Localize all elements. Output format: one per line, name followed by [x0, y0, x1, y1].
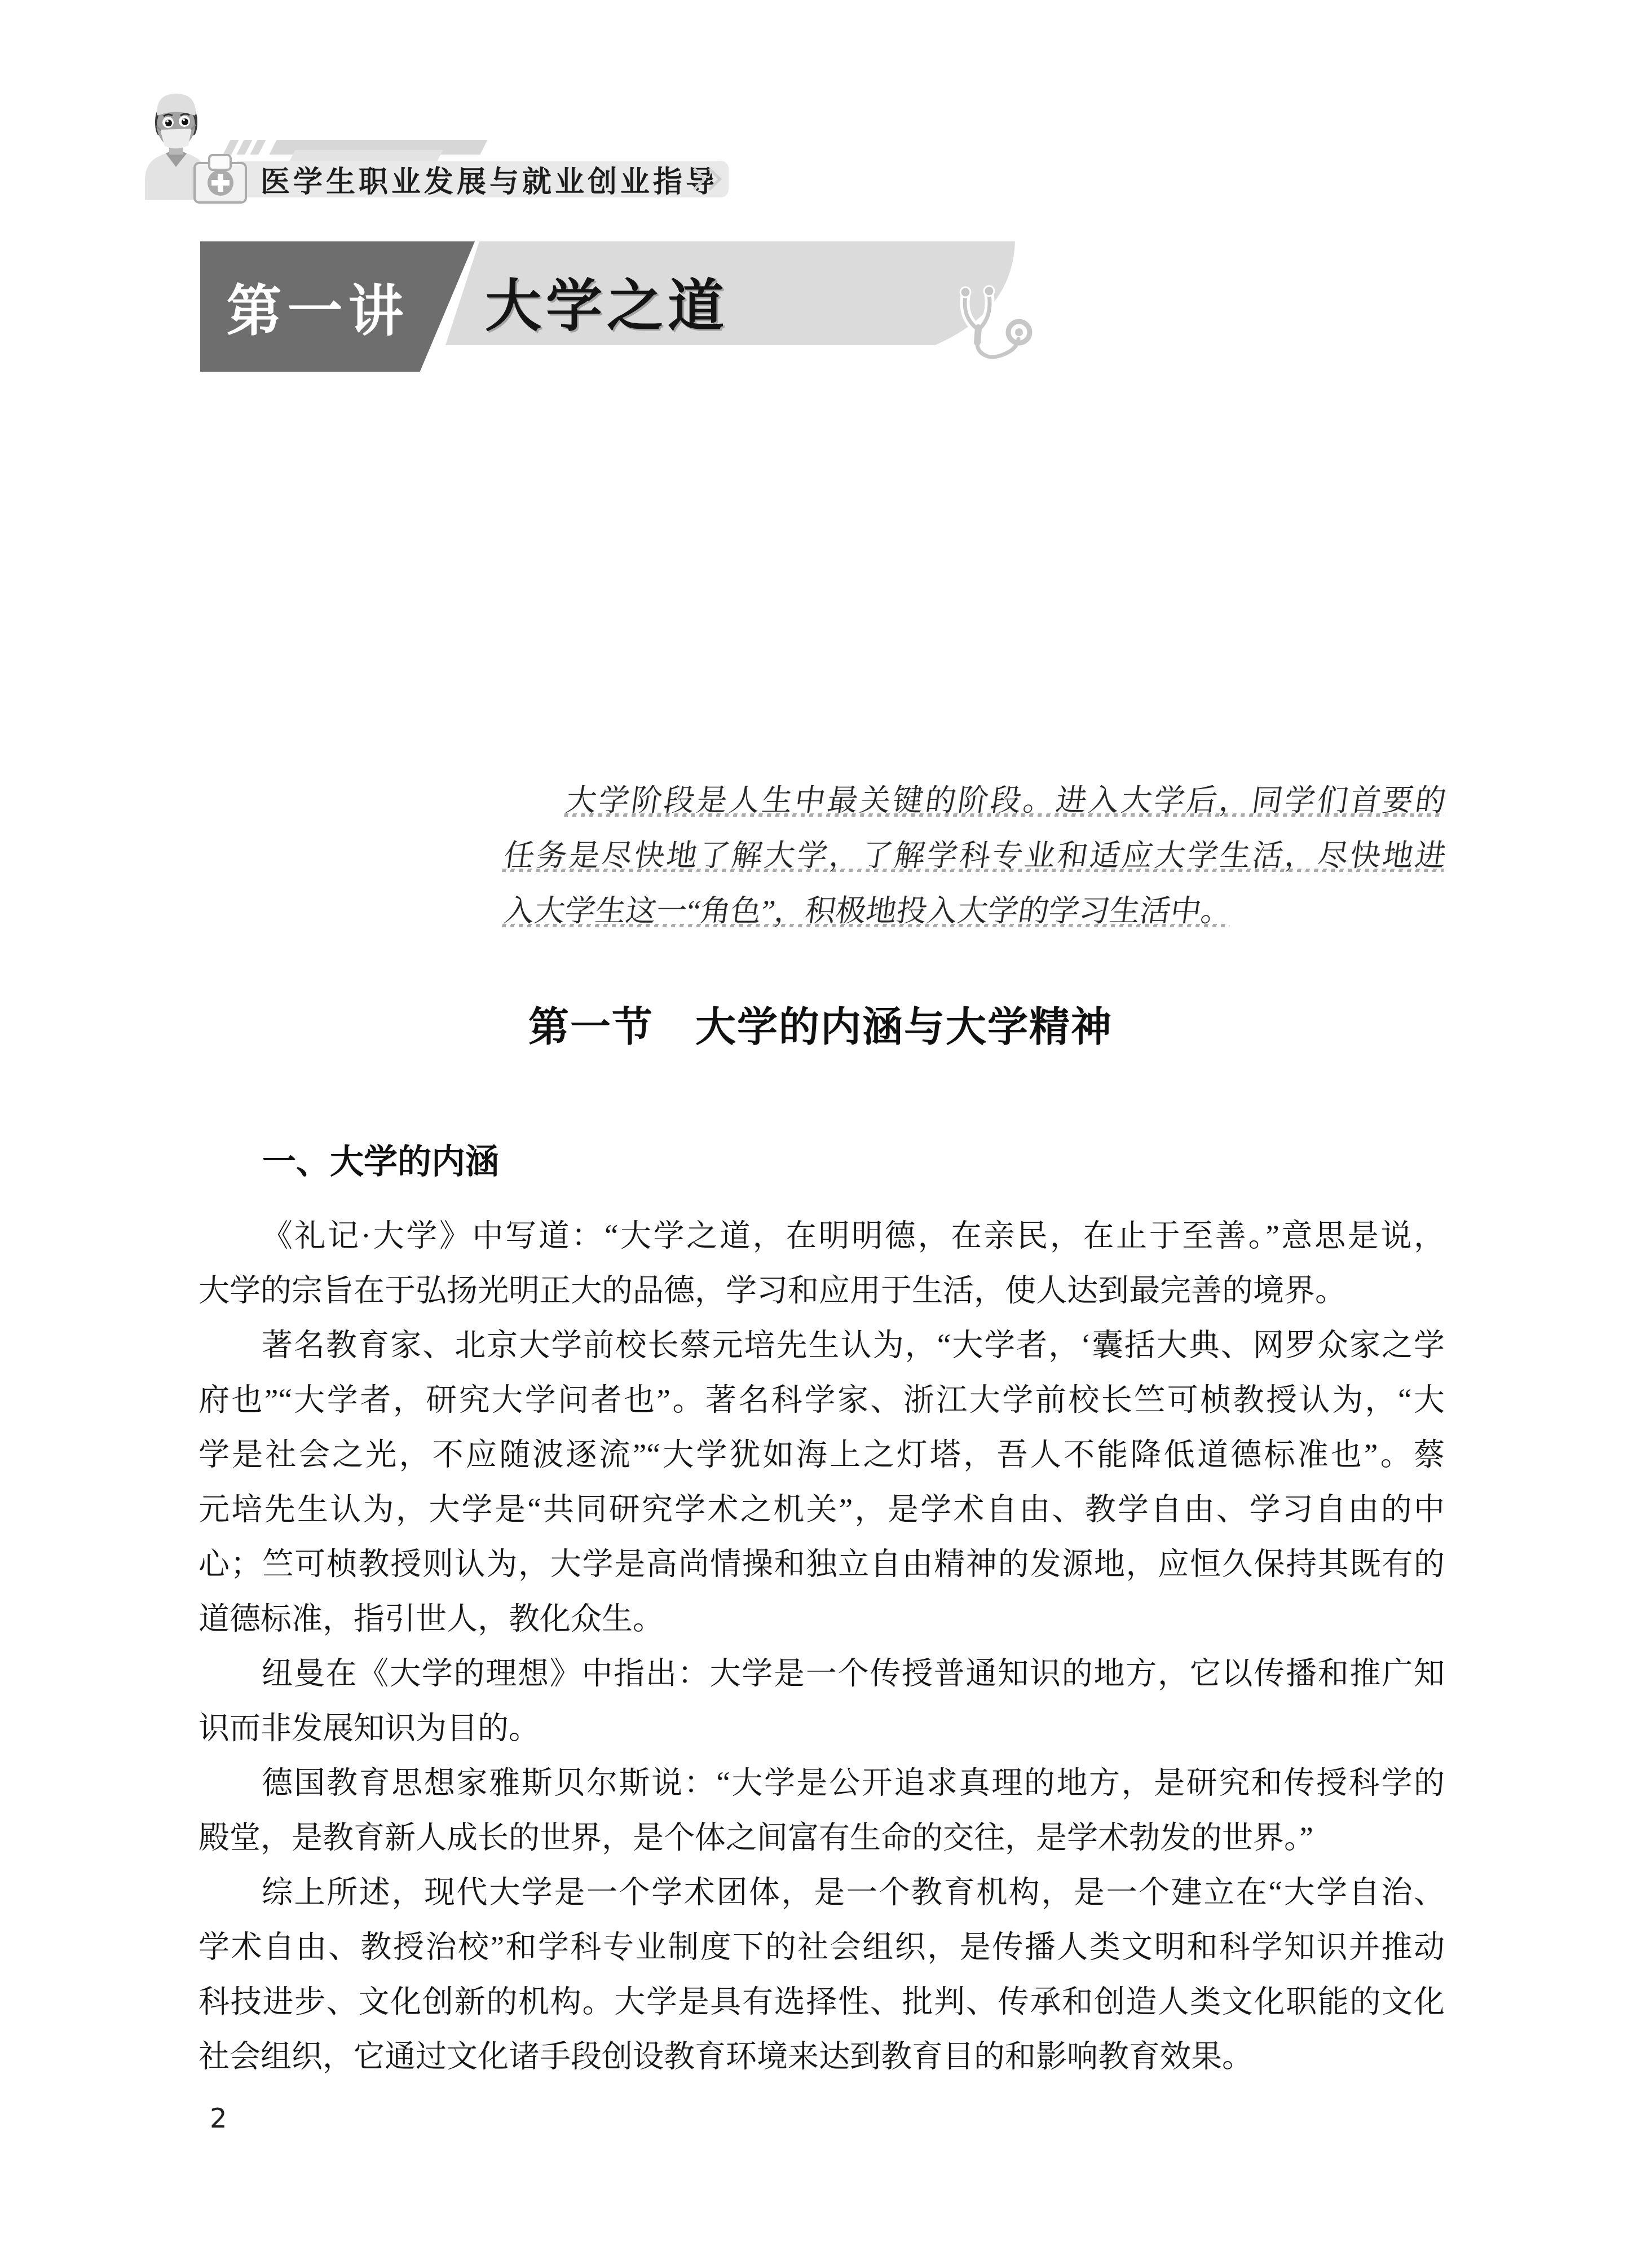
- section-title: 第一节 大学的内涵与大学精神: [197, 994, 1444, 1052]
- intro-line-text: 入大学生这一“角色”，积极地投入大学的学习生活中。: [502, 872, 1237, 927]
- stethoscope-icon: [947, 279, 1060, 386]
- intro-line-text: 大学阶段是人生中最关键的阶段。进入大学后，同学们首要的: [564, 761, 1451, 817]
- body-line: 心；竺可桢教授则认为，大学是高尚情操和独立自由精神的发源地，应恒久保持其既有的: [198, 1536, 1445, 1591]
- body-line: 科技进步、文化创新的机构。大学是具有选择性、批判、传承和创造人类文化职能的文化: [198, 1974, 1445, 2029]
- body-line: 《礼记·大学》中写道：“大学之道，在明明德，在亲民，在止于至善。”意思是说，: [198, 1208, 1445, 1263]
- body-line: 社会组织，它通过文化诸手段创设教育环境来达到教育目的和影响教育效果。: [198, 2029, 1445, 2084]
- chapter-intro-quote: 大学阶段是人生中最关键的阶段。进入大学后，同学们首要的 任务是尽快地了解大学，了…: [502, 761, 1444, 927]
- chevron-right-icon: [699, 168, 722, 191]
- lecture-number-box: 第一讲: [200, 241, 475, 372]
- intro-line-text: 任务是尽快地了解大学，了解学科专业和适应大学生活，尽快地进: [502, 817, 1451, 872]
- body-line: 综上所述，现代大学是一个学术团体，是一个教育机构，是一个建立在“大学自治、: [198, 1865, 1445, 1919]
- body-line: 道德标准，指引世人，教化众生。: [198, 1591, 1445, 1646]
- body-line: 元培先生认为，大学是“共同研究学术之机关”，是学术自由、教学自由、学习自由的中: [198, 1482, 1445, 1536]
- body-line: 纽曼在《大学的理想》中指出：大学是一个传授普通知识的地方，它以传播和推广知: [198, 1646, 1445, 1701]
- decor-stripe: [223, 140, 239, 155]
- decor-stripe: [236, 140, 252, 155]
- intro-line: 大学阶段是人生中最关键的阶段。进入大学后，同学们首要的: [502, 761, 1451, 817]
- intro-line: 入大学生这一“角色”，积极地投入大学的学习生活中。: [502, 872, 1451, 927]
- indent-spacer: [502, 761, 572, 817]
- intro-line: 任务是尽快地了解大学，了解学科专业和适应大学生活，尽快地进: [502, 817, 1451, 872]
- body-line: 学术自由、教授治校”和学科专业制度下的社会组织，是传播人类文明和科学知识并推动: [198, 1919, 1445, 1974]
- page-number: 2: [210, 2103, 227, 2134]
- body-line: 德国教育思想家雅斯贝尔斯说：“大学是公开追求真理的地方，是研究和传授科学的: [198, 1755, 1445, 1810]
- chevron-right-icons: [690, 171, 718, 190]
- lecture-number: 第一讲: [226, 267, 448, 346]
- body-line: 著名教育家、北京大学前校长蔡元培先生认为，“大学者，‘囊括大典、网罗众家之学: [198, 1318, 1445, 1372]
- body-line: 大学的宗旨在于弘扬光明正大的品德，学习和应用于生活，使人达到最完善的境界。: [198, 1263, 1445, 1318]
- running-head-bar: 医学生职业发展与就业创业指导: [237, 161, 729, 197]
- kit-handle: [208, 154, 232, 171]
- decor-stripe: [250, 140, 266, 155]
- book-title: 医学生职业发展与就业创业指导: [261, 158, 718, 200]
- first-aid-kit-icon: [193, 162, 247, 204]
- lecture-title: 大学之道: [485, 261, 729, 342]
- body-line: 识而非发展知识为目的。: [198, 1701, 1445, 1755]
- body-text: 《礼记·大学》中写道：“大学之道，在明明德，在亲民，在止于至善。”意思是说， 大…: [198, 1208, 1445, 2084]
- body-line: 殿堂，是教育新人成长的世界，是个体之间富有生命的交往，是学术勃发的世界。”: [198, 1810, 1445, 1865]
- cross-icon: [211, 180, 230, 186]
- body-line: 府也”“大学者，研究大学问者也”。著名科学家、浙江大学前校长竺可桢教授认为，“大: [198, 1372, 1445, 1427]
- book-page: 医学生职业发展与就业创业指导 第一讲 大学之道: [0, 0, 1628, 2268]
- body-line: 学是社会之光，不应随波逐流”“大学犹如海上之灯塔，吾人不能降低道德标准也”。蔡: [198, 1427, 1445, 1482]
- subsection-title: 一、大学的内涵: [262, 1135, 499, 1183]
